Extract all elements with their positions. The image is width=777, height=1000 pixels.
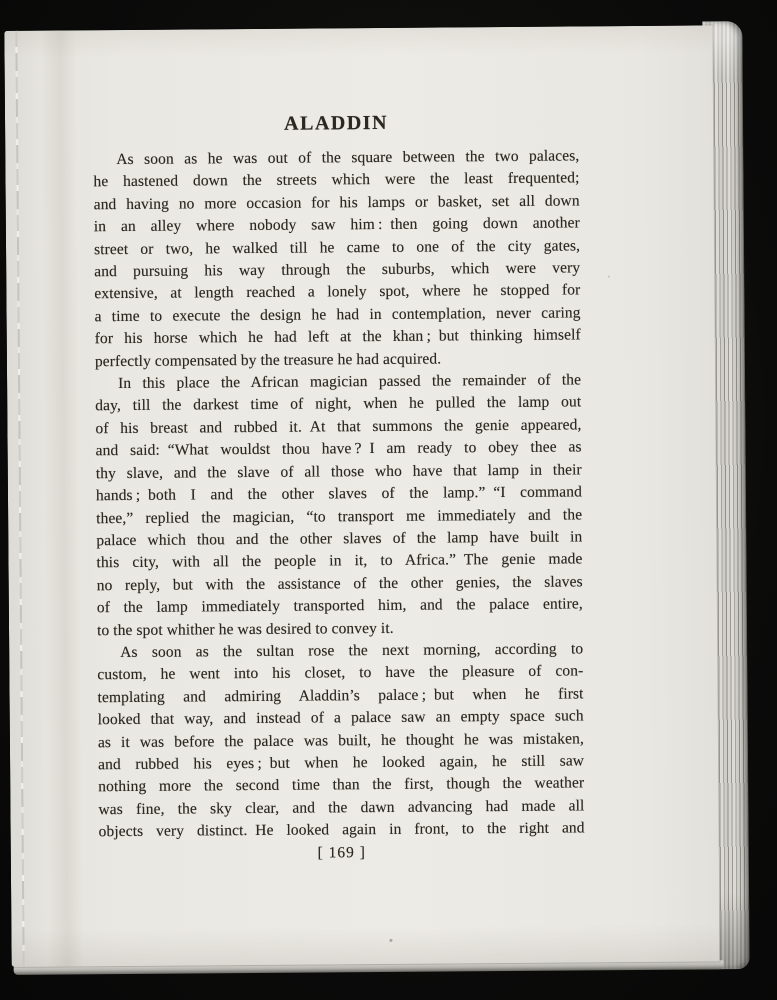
text-line: in an alley where nobody saw him : then … [94,213,580,239]
binding-fold-shadow [40,30,83,966]
running-head: ALADDIN [93,109,579,137]
paragraph: In this place the African magician passe… [95,369,583,642]
paragraph: As soon as the sultan rose the next morn… [97,638,585,843]
text-line: for his horse which he had left at the k… [95,325,581,351]
page-number: [ 169 ] [99,840,585,866]
text-line: of the lamp immediately transported him,… [97,594,583,620]
gutter-crease [15,31,24,967]
text-line: objects very distinct. He looked again i… [99,818,585,844]
paper-specks [4,31,5,32]
text-block: As soon as he was out of the square betw… [93,145,584,843]
scanned-book-photo: ALADDIN As soon as he was out of the squ… [0,0,777,1000]
text-line: hands ; both I and the other slaves of t… [96,481,582,507]
paragraph: As soon as he was out of the square betw… [93,145,581,373]
book: ALADDIN As soon as he was out of the squ… [4,21,749,975]
text-line: looked that way, and instead of a palace… [98,706,584,732]
book-page: ALADDIN As soon as he was out of the squ… [4,25,719,967]
